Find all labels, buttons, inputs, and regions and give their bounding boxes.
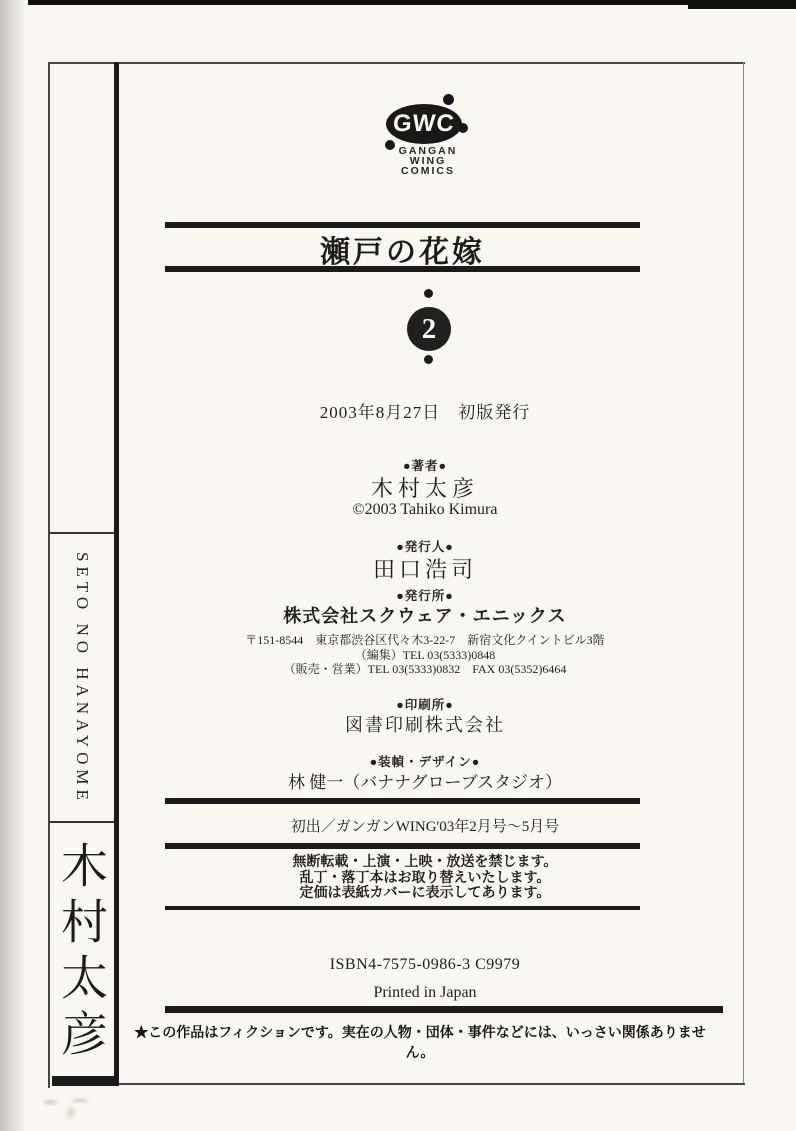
- notices-block: 無断転載・上演・上映・放送を禁じます。 乱丁・落丁本はお取り替えいたします。 定…: [120, 855, 730, 902]
- title-bottom-bar: [165, 266, 640, 272]
- colophon-page: SETO NO HANAYOME 木村太彦 GWC GANGAN WING CO…: [0, 0, 796, 1131]
- logo-imprint: GANGAN WING COMICS: [358, 147, 498, 176]
- scan-top-right-edge: [688, 0, 796, 9]
- first-publication: 初出／ガンガンWING'03年2月号～5月号: [120, 815, 730, 836]
- printed-in-japan: Printed in Japan: [120, 984, 730, 1002]
- notice-line: 定価は表紙カバーに表示してあります。: [120, 886, 730, 902]
- frame-bottom-rule: [119, 1083, 745, 1085]
- notice-line: 乱丁・落丁本はお取り替えいたします。: [120, 871, 730, 887]
- logo-dot-icon: [443, 94, 454, 105]
- notices-bottom-bar: [165, 906, 640, 910]
- book-title: 瀬戸の花嫁: [165, 227, 640, 271]
- volume-dot-icon: [424, 355, 433, 364]
- scan-edge-shadow: [0, 0, 26, 1131]
- issuer-name: 田口浩司: [120, 553, 730, 584]
- first-publication-top-bar: [165, 798, 640, 804]
- spine-thick-rule: [114, 62, 119, 1086]
- author-name: 木村太彦: [120, 472, 730, 503]
- spine-author-name: 木村太彦: [50, 830, 114, 1076]
- publisher-name: 株式会社スクウェア・エニックス: [120, 602, 730, 628]
- edition-date: 2003年8月27日 初版発行: [120, 398, 730, 423]
- spine-divider-top: [50, 532, 114, 534]
- frame-right-rule: [743, 62, 744, 1084]
- disclaimer-top-bar: [165, 1006, 723, 1013]
- publisher-logo: GWC: [386, 104, 462, 144]
- logo-imprint-line: COMICS: [358, 167, 498, 177]
- frame-top-rule: [48, 62, 745, 64]
- disclaimer: ★この作品はフィクションです。実在の人物・団体・事件などには、いっさい関係ありま…: [120, 1022, 720, 1062]
- scan-smudge: [38, 1092, 98, 1126]
- volume-number: 2: [422, 313, 437, 346]
- design-name: 林 健一（バナナグローブスタジオ）: [120, 768, 730, 793]
- volume-dot-icon: [424, 289, 433, 298]
- printer-name: 図書印刷株式会社: [120, 711, 730, 737]
- spine-bottom-bar: [52, 1076, 115, 1086]
- author-copyright: ©2003 Tahiko Kimura: [120, 501, 730, 519]
- first-publication-bottom-bar: [165, 843, 640, 849]
- spine-divider-middle: [50, 821, 114, 823]
- logo-dot-icon: [458, 123, 468, 133]
- publisher-tel-sales: （販売・営業）TEL 03(5333)0832 FAX 03(5352)6464: [120, 660, 730, 677]
- logo-acronym: GWC: [392, 110, 456, 138]
- volume-badge: 2: [407, 307, 451, 351]
- notice-line: 無断転載・上演・上映・放送を禁じます。: [120, 855, 730, 871]
- isbn: ISBN4-7575-0986-3 C9979: [120, 956, 730, 974]
- scan-top-edge: [28, 0, 796, 5]
- spine-romanized-title: SETO NO HANAYOME: [50, 540, 114, 816]
